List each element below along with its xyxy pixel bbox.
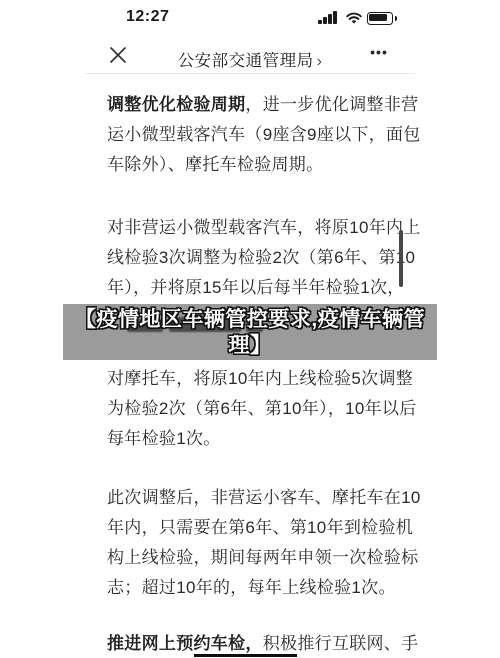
paragraph-2-text: 对非营运小微型载客汽车，将原10年内上 线检验3次调整为检验2次（第6年、第10… [107, 218, 421, 297]
paragraph-1-bold-lead: 调整优化检验周期 [107, 95, 245, 114]
page-title: 公安部交通管理局 [178, 52, 314, 70]
paragraph-2: 对非营运小微型载客汽车，将原10年内上 线检验3次调整为检验2次（第6年、第10… [107, 213, 427, 303]
paragraph-3: 对摩托车，将原10年内上线检验5次调整 为检验2次（第6年、第10年），10年以… [107, 364, 427, 454]
paragraph-5: 推进网上预约车检，积极推行互联网、手 [107, 629, 427, 658]
status-bar-time: 12:27 [126, 8, 169, 26]
paragraph-1: 调整优化检验周期，进一步优化调整非营 运小微型载客汽车（9座含9座以下，面包 车… [107, 90, 427, 180]
battery-icon [367, 12, 397, 25]
more-options-button[interactable]: ••• [364, 40, 394, 64]
chevron-right-icon: › [317, 53, 323, 70]
more-ellipsis-icon: ••• [370, 44, 388, 60]
close-x-icon [106, 43, 130, 67]
paragraph-3-text: 对摩托车，将原10年内上线检验5次调整 为检验2次（第6年、第10年），10年以… [107, 369, 417, 448]
paragraph-5-underline: 积极 [263, 634, 298, 657]
close-button[interactable] [106, 43, 130, 67]
paragraph-5-bold-underline: 约车检， [194, 634, 263, 657]
wifi-icon [345, 11, 363, 30]
paragraph-4: 此次调整后，非营运小客车、摩托车在10 年内，只需要在第6年、第10年到检验机 … [107, 483, 427, 603]
cellular-signal-icon [318, 11, 340, 25]
paragraph-5-text: 推行互联网、手 [297, 634, 418, 653]
scrollbar[interactable] [399, 230, 403, 287]
phone-screen: 12:27 公安部交通管理局› ••• 调整优化检验周期，进一步优化调整非营 运… [0, 0, 500, 658]
watermark-caption-text: 【疫情地区车辆管控要求,疫情车辆管理】 [63, 304, 437, 360]
account-title-button[interactable]: 公安部交通管理局› [150, 47, 350, 71]
paragraph-4-text: 此次调整后，非营运小客车、摩托车在10 年内，只需要在第6年、第10年到检验机 … [107, 488, 421, 597]
paragraph-5-bold-lead: 推进网上预 [107, 634, 194, 653]
watermark-caption-band: 【疫情地区车辆管控要求,疫情车辆管理】 [63, 304, 437, 360]
status-bar-icons [318, 11, 400, 27]
nav-separator [85, 73, 415, 74]
